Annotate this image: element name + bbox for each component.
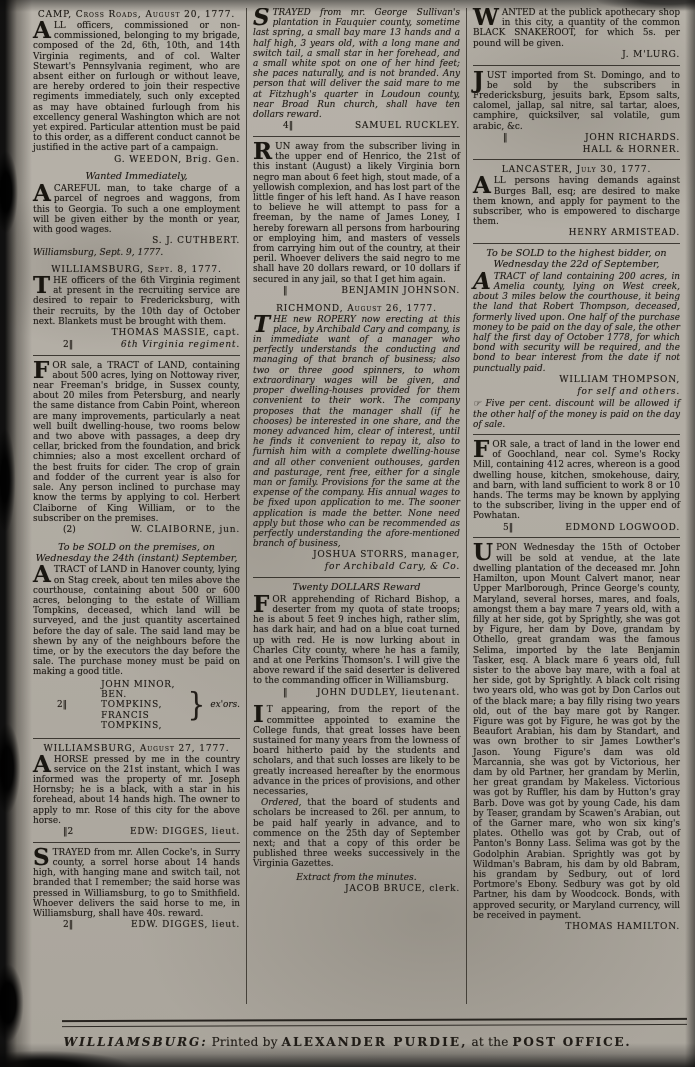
paragraph: A HORSE pressed by me in the country ser… (33, 755, 240, 826)
advertisement: WILLIAMSBURG, August 27, 1777.A HORSE pr… (33, 744, 240, 843)
signature-line: 2‖6th Virginia regiment. (33, 340, 240, 351)
signature-line: ‖2EDW: DIGGES, lieut. (33, 827, 240, 838)
drop-cap: T (33, 276, 53, 296)
signature-name: JACOB BRUCE, clerk. (345, 884, 460, 895)
signature-line: WILLIAM THOMPSON, (473, 375, 680, 386)
paragraph: RUN away from the subscriber living in t… (253, 142, 460, 285)
ad-heading: To be SOLD on the premises, on Wednesday… (33, 543, 240, 565)
dateline: WILLIAMSBURG, August 27, 1777. (33, 744, 240, 754)
paragraph: A TRACT of LAND in Hanover county, lying… (33, 565, 240, 677)
signature-name: JOHN RICHARDS. (585, 133, 680, 144)
drop-cap: J (473, 71, 487, 91)
signature-line: ‖BENJAMIN JOHNSON. (253, 286, 460, 297)
dateline: WILLIAMSBURG, Sept. 8, 1777. (33, 265, 240, 275)
signature-line: (2)W. CLAIBORNE, jun. (33, 525, 240, 536)
drop-cap: F (33, 361, 52, 381)
paragraph: IT appearing, from the report of the com… (253, 705, 460, 797)
paragraph: UPON Wednesday the 15th of October will … (473, 543, 680, 921)
signature-name: EDMOND LOGWOOD. (565, 523, 680, 534)
signature-name: HALL & HORNER. (583, 145, 680, 156)
signature-line: S. J. CUTHBERT. (33, 236, 240, 247)
ad-heading: To be SOLD to the highest bidder, on Wed… (473, 249, 680, 271)
place-date-line: Williamsburg, Sept. 9, 1777. (33, 248, 240, 258)
signature-name: EDW. DIGGES, lieut. (131, 920, 240, 931)
signature-line: 4‖SAMUEL RUCKLEY. (253, 121, 460, 132)
advertisement: WANTED at the publick apothecary shop in… (473, 8, 680, 66)
signature-name: for Archibald Cary, & Co. (325, 562, 460, 573)
dateline: RICHMOND, August 26, 1777. (253, 304, 460, 314)
dateline: CAMP, Cross Roads, August 20, 1777. (33, 10, 240, 20)
reference-mark: 2‖ (63, 920, 73, 931)
signature-line: J. M'LURG. (473, 50, 680, 61)
paragraph: THE new ROPERY now erecting at this plac… (253, 315, 460, 550)
drop-cap: U (473, 543, 496, 563)
signature-line: for Archibald Cary, & Co. (253, 562, 460, 573)
executor-names: JOHN MINOR,BEN. TOMPKINS,FRANCIS TOMPKIN… (101, 680, 182, 732)
imprint-office: POST OFFICE. (513, 1035, 632, 1049)
executor-name: BEN. TOMPKINS, (101, 690, 182, 711)
paragraph: JUST imported from St. Domingo, and to b… (473, 71, 680, 132)
ad-heading: Wanted Immediately, (33, 172, 240, 183)
signature-name: W. CLAIBORNE, jun. (131, 525, 240, 536)
advertisement: RICHMOND, August 26, 1777.THE new ROPERY… (253, 304, 460, 578)
reference-mark: ‖ (283, 688, 288, 699)
drop-cap: A (33, 184, 54, 204)
signature-name: THOMAS HAMILTON. (565, 922, 680, 933)
advertisement: RUN away from the subscriber living in t… (253, 142, 460, 297)
executors-label: ex'ors. (210, 700, 240, 710)
signature-name: SAMUEL RUCKLEY. (355, 121, 460, 132)
signature-name: WILLIAM THOMPSON, (559, 375, 680, 386)
drop-cap: A (33, 755, 54, 775)
advertisement: Wanted Immediately,A CAREFUL man, to tak… (33, 172, 240, 258)
imprint-city: WILLIAMSBURG: (64, 1035, 208, 1049)
advertisement: IT appearing, from the report of the com… (253, 705, 460, 894)
page-edge-right-shadow (685, 0, 695, 1067)
paragraph: STRAYED from mr. George Sullivan's plant… (253, 8, 460, 120)
advertisement: FOR sale, a TRACT of LAND, containing ab… (33, 361, 240, 536)
extract-line: Extract from the minutes. (253, 872, 460, 883)
paragraph: Ordered, that the board of students and … (253, 798, 460, 869)
ad-heading: Twenty DOLLARS Reward (253, 583, 460, 594)
executor-name: JOHN MINOR, (101, 680, 182, 690)
page-footer: WILLIAMSBURG: Printed by ALEXANDER PURDI… (0, 1019, 695, 1049)
signature-name: EDW: DIGGES, lieut. (130, 827, 240, 838)
drop-cap: R (253, 142, 275, 162)
signature-line: ‖JOHN DUDLEY, lieutenant. (253, 688, 460, 699)
paragraph: THE officers of the 6th Virginia regimen… (33, 276, 240, 327)
signature-line: G. WEEDON, Brig. Gen. (33, 155, 240, 166)
reference-mark: ‖ (283, 286, 288, 297)
executor-name: FRANCIS TOMPKINS, (101, 711, 182, 732)
drop-cap: A (33, 565, 54, 585)
paragraph: A CAREFUL man, to take charge of a parce… (33, 184, 240, 235)
paragraph-lead: Ordered, (261, 798, 307, 808)
executors-block: 2‖JOHN MINOR,BEN. TOMPKINS,FRANCIS TOMPK… (33, 680, 240, 732)
paragraph: WANTED at the publick apothecary shop in… (473, 8, 680, 49)
signature-name: J. M'LURG. (622, 50, 680, 61)
drop-cap: S (33, 848, 53, 868)
column-3: WANTED at the publick apothecary shop in… (466, 8, 686, 1004)
column-2: STRAYED from mr. George Sullivan's plant… (246, 8, 466, 1004)
imprint-line: WILLIAMSBURG: Printed by ALEXANDER PURDI… (0, 1035, 695, 1049)
signature-line: 5‖EDMOND LOGWOOD. (473, 523, 680, 534)
discount-note: ☞ Five per cent. discount will be allowe… (473, 399, 680, 430)
reference-mark: 4‖ (283, 121, 293, 132)
signature-line: ‖JOHN RICHARDS. (473, 133, 680, 144)
columns-container: CAMP, Cross Roads, August 20, 1777.ALL o… (27, 8, 686, 1004)
imprint-printed-by: Printed by (212, 1035, 278, 1049)
imprint-at-the: at the (471, 1035, 508, 1049)
signature-name: 6th Virginia regiment. (121, 340, 240, 351)
paragraph: A TRACT of land containing 200 acres, in… (473, 272, 680, 374)
signature-line: HENRY ARMISTEAD. (473, 228, 680, 239)
signature-name: JOHN DUDLEY, lieutenant. (317, 688, 460, 699)
advertisement: STRAYED from mr. George Sullivan's plant… (253, 8, 460, 137)
reference-mark: 2‖ (63, 340, 73, 351)
footer-rule (62, 1018, 687, 1027)
advertisement: To be SOLD to the highest bidder, on Wed… (473, 249, 680, 435)
paragraph: FOR apprehending of Richard Bishop, a de… (253, 595, 460, 687)
signature-name: JOSHUA STORRS, manager, (313, 550, 460, 561)
paragraph: FOR sale, a TRACT of LAND, containing ab… (33, 361, 240, 524)
drop-cap: A (473, 272, 494, 292)
reference-mark: (2) (63, 525, 76, 536)
imprint-printer: ALEXANDER PURDIE, (282, 1035, 468, 1049)
brace-glyph: } (188, 700, 206, 712)
advertisement: STRAYED from mr. Allen Cocke's, in Surry… (33, 848, 240, 931)
signature-line: THOMAS MASSIE, capt. (33, 328, 240, 339)
reference-mark: ‖ (503, 133, 508, 144)
signature-line: THOMAS HAMILTON. (473, 922, 680, 933)
drop-cap: W (473, 8, 502, 28)
advertisement: LANCASTER, July 30, 1777.ALL persons hav… (473, 165, 680, 244)
drop-cap: S (253, 8, 273, 28)
drop-cap: T (253, 315, 273, 335)
paragraph: ALL persons having demands against Burge… (473, 176, 680, 227)
signature-name: HENRY ARMISTEAD. (569, 228, 680, 239)
column-1: CAMP, Cross Roads, August 20, 1777.ALL o… (27, 8, 246, 1004)
drop-cap: A (33, 21, 54, 41)
reference-mark: 2‖ (57, 700, 67, 710)
signature-name: for self and others. (577, 387, 680, 398)
signature-name: G. WEEDON, Brig. Gen. (114, 155, 240, 166)
signature-line: HALL & HORNER. (473, 145, 680, 156)
drop-cap: F (253, 595, 272, 615)
paragraph: ALL officers, commissioned or non-commis… (33, 21, 240, 154)
drop-cap: I (253, 705, 267, 725)
advertisement: CAMP, Cross Roads, August 20, 1777.ALL o… (33, 10, 240, 165)
advertisement: WILLIAMSBURG, Sept. 8, 1777.THE officers… (33, 265, 240, 356)
advertisement: JUST imported from St. Domingo, and to b… (473, 71, 680, 161)
signature-line: 2‖EDW. DIGGES, lieut. (33, 920, 240, 931)
paragraph: STRAYED from mr. Allen Cocke's, in Surry… (33, 848, 240, 919)
signature-line: for self and others. (473, 387, 680, 398)
signature-name: BENJAMIN JOHNSON. (341, 286, 460, 297)
newspaper-page: CAMP, Cross Roads, August 20, 1777.ALL o… (0, 0, 695, 1067)
advertisement: To be SOLD on the premises, on Wednesday… (33, 543, 240, 739)
drop-cap: A (473, 176, 494, 196)
dateline: LANCASTER, July 30, 1777. (473, 165, 680, 175)
reference-mark: ‖2 (63, 827, 73, 838)
signature-name: S. J. CUTHBERT. (152, 236, 240, 247)
advertisement: FOR sale, a tract of land in the lower e… (473, 440, 680, 538)
drop-cap: F (473, 440, 492, 460)
advertisement: UPON Wednesday the 15th of October will … (473, 543, 680, 932)
signature-line: JOSHUA STORRS, manager, (253, 550, 460, 561)
signature-name: THOMAS MASSIE, capt. (112, 328, 240, 339)
reference-mark: 5‖ (503, 523, 513, 534)
advertisement: Twenty DOLLARS RewardFOR apprehending of… (253, 583, 460, 698)
signature-line: JACOB BRUCE, clerk. (253, 884, 460, 895)
paragraph: FOR sale, a tract of land in the lower e… (473, 440, 680, 522)
